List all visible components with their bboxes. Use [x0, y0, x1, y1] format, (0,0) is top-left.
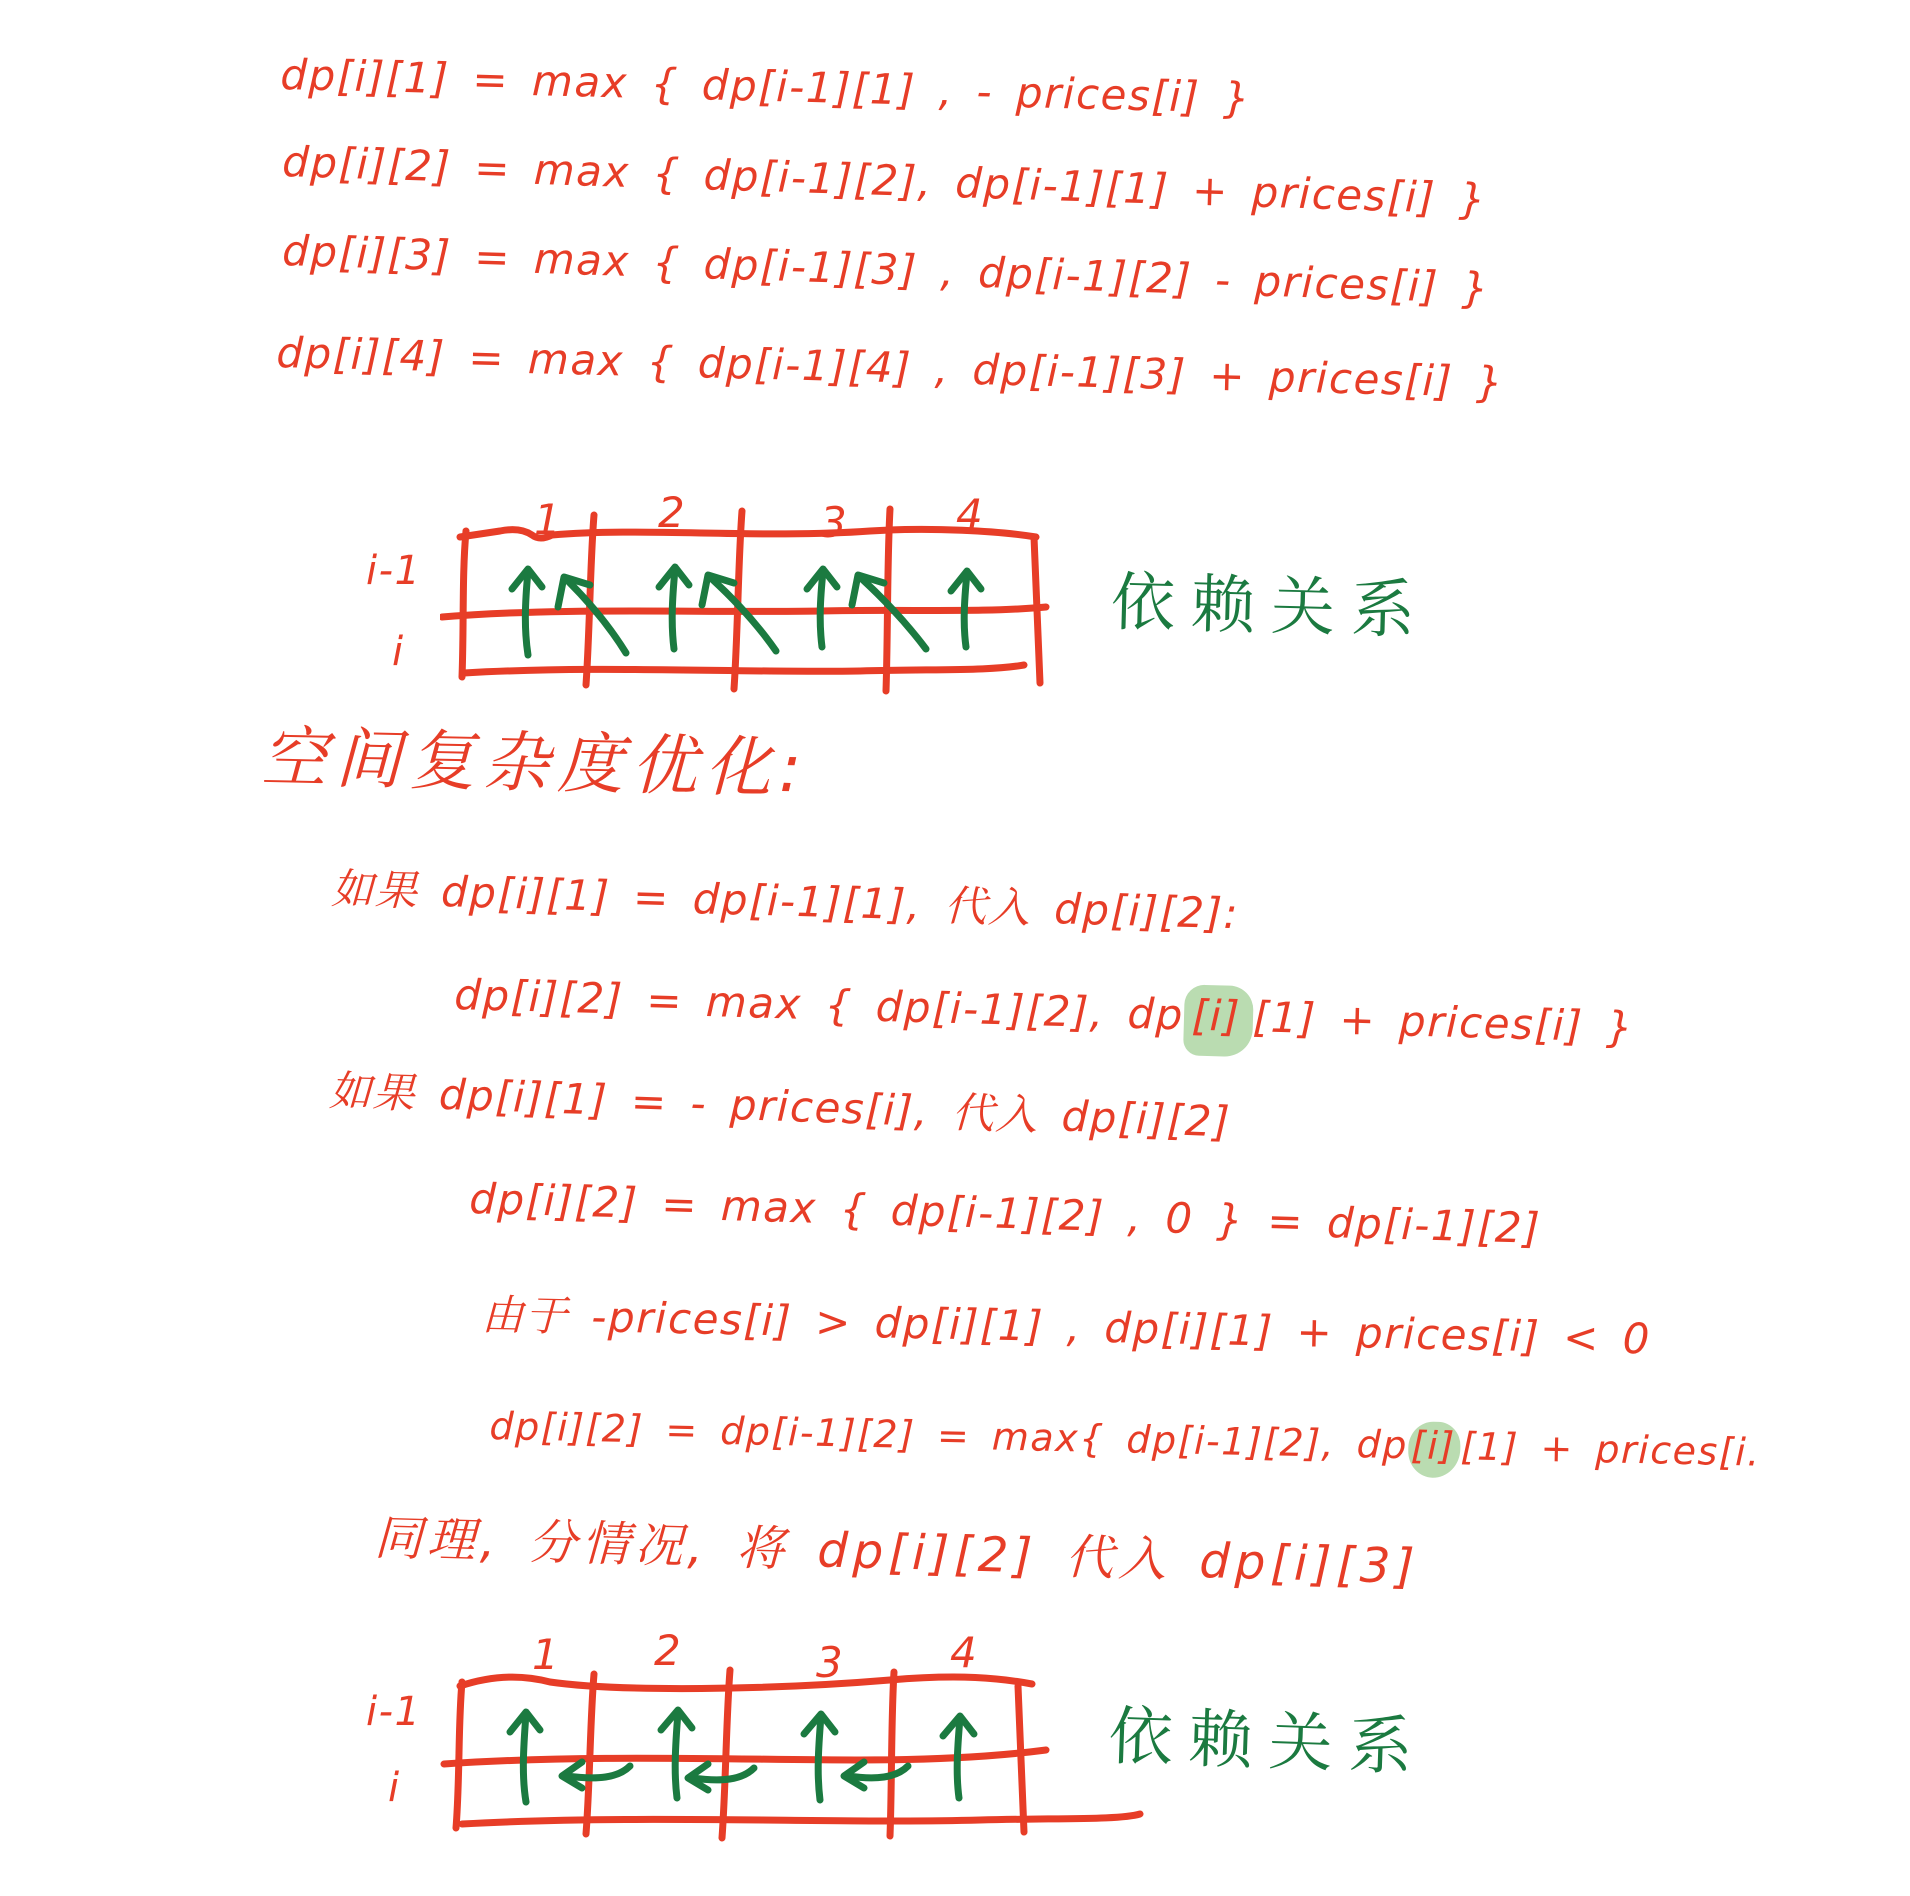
- derivation-case1-intro: 如果 dp[i][1] = dp[i-1][1], 代入 dp[i][2]:: [331, 866, 1240, 938]
- derivation-case2-intro: 如果 dp[i][1] = - prices[i], 代入 dp[i][2]: [328, 1068, 1231, 1146]
- highlighted-index: [i]: [1183, 984, 1254, 1057]
- dp-equation-state4: dp[i][4] = max { dp[i-1][4] , dp[i-1][3]…: [276, 330, 1505, 406]
- table1-row-label-cur: i: [392, 630, 405, 674]
- derivation-case2-equation: dp[i][2] = max { dp[i-1][2] , 0 } = dp[i…: [469, 1176, 1542, 1252]
- section-heading: 空间复杂度优化:: [260, 722, 810, 806]
- derivation-case1-equation: dp[i][2] = max { dp[i-1][2], dp[i][1] + …: [454, 972, 1635, 1051]
- derivation-case2-reason: 由于 -prices[i] > dp[i][1] , dp[i][1] + pr…: [481, 1292, 1651, 1363]
- table2-row-label-prev: i-1: [366, 1690, 422, 1734]
- table1-row-label-prev: i-1: [366, 549, 422, 593]
- dependency-caption-2: 依赖关系: [1108, 1702, 1430, 1784]
- table1-grid-lines: [442, 509, 1046, 691]
- equation-segment: dp[i][2] = dp[i-1][2] = max{ dp[i-1][2],…: [489, 1404, 1408, 1467]
- highlighted-index: [i]: [1407, 1421, 1461, 1478]
- dp-equation-state3: dp[i][3] = max { dp[i-1][3] , dp[i-1][2]…: [282, 228, 1491, 312]
- dependency-table-1-drawing: [440, 505, 1060, 695]
- dp-equation-state1: dp[i][1] = max { dp[i-1][1] , - prices[i…: [280, 52, 1252, 122]
- derivation-conclusion: 同理, 分情况, 将 dp[i][2] 代入 dp[i][3]: [374, 1512, 1420, 1594]
- equation-segment: [1] + prices[i.: [1460, 1424, 1761, 1474]
- table2-left-arrow-icons: [562, 1762, 908, 1790]
- table2-row-label-cur: i: [388, 1766, 401, 1810]
- dependency-caption-1: 依赖关系: [1110, 568, 1432, 647]
- table2-grid-lines: [444, 1670, 1140, 1838]
- derivation-case2-equation2: dp[i][2] = dp[i-1][2] = max{ dp[i-1][2],…: [489, 1406, 1761, 1474]
- equation-segment: dp[i][2] = max { dp[i-1][2], dp: [454, 970, 1185, 1039]
- dp-equation-state2: dp[i][2] = max { dp[i-1][2], dp[i-1][1] …: [282, 139, 1488, 223]
- equation-segment: [1] + prices[i] }: [1252, 992, 1635, 1052]
- handwritten-note-page: dp[i][1] = max { dp[i-1][1] , - prices[i…: [0, 0, 1910, 1896]
